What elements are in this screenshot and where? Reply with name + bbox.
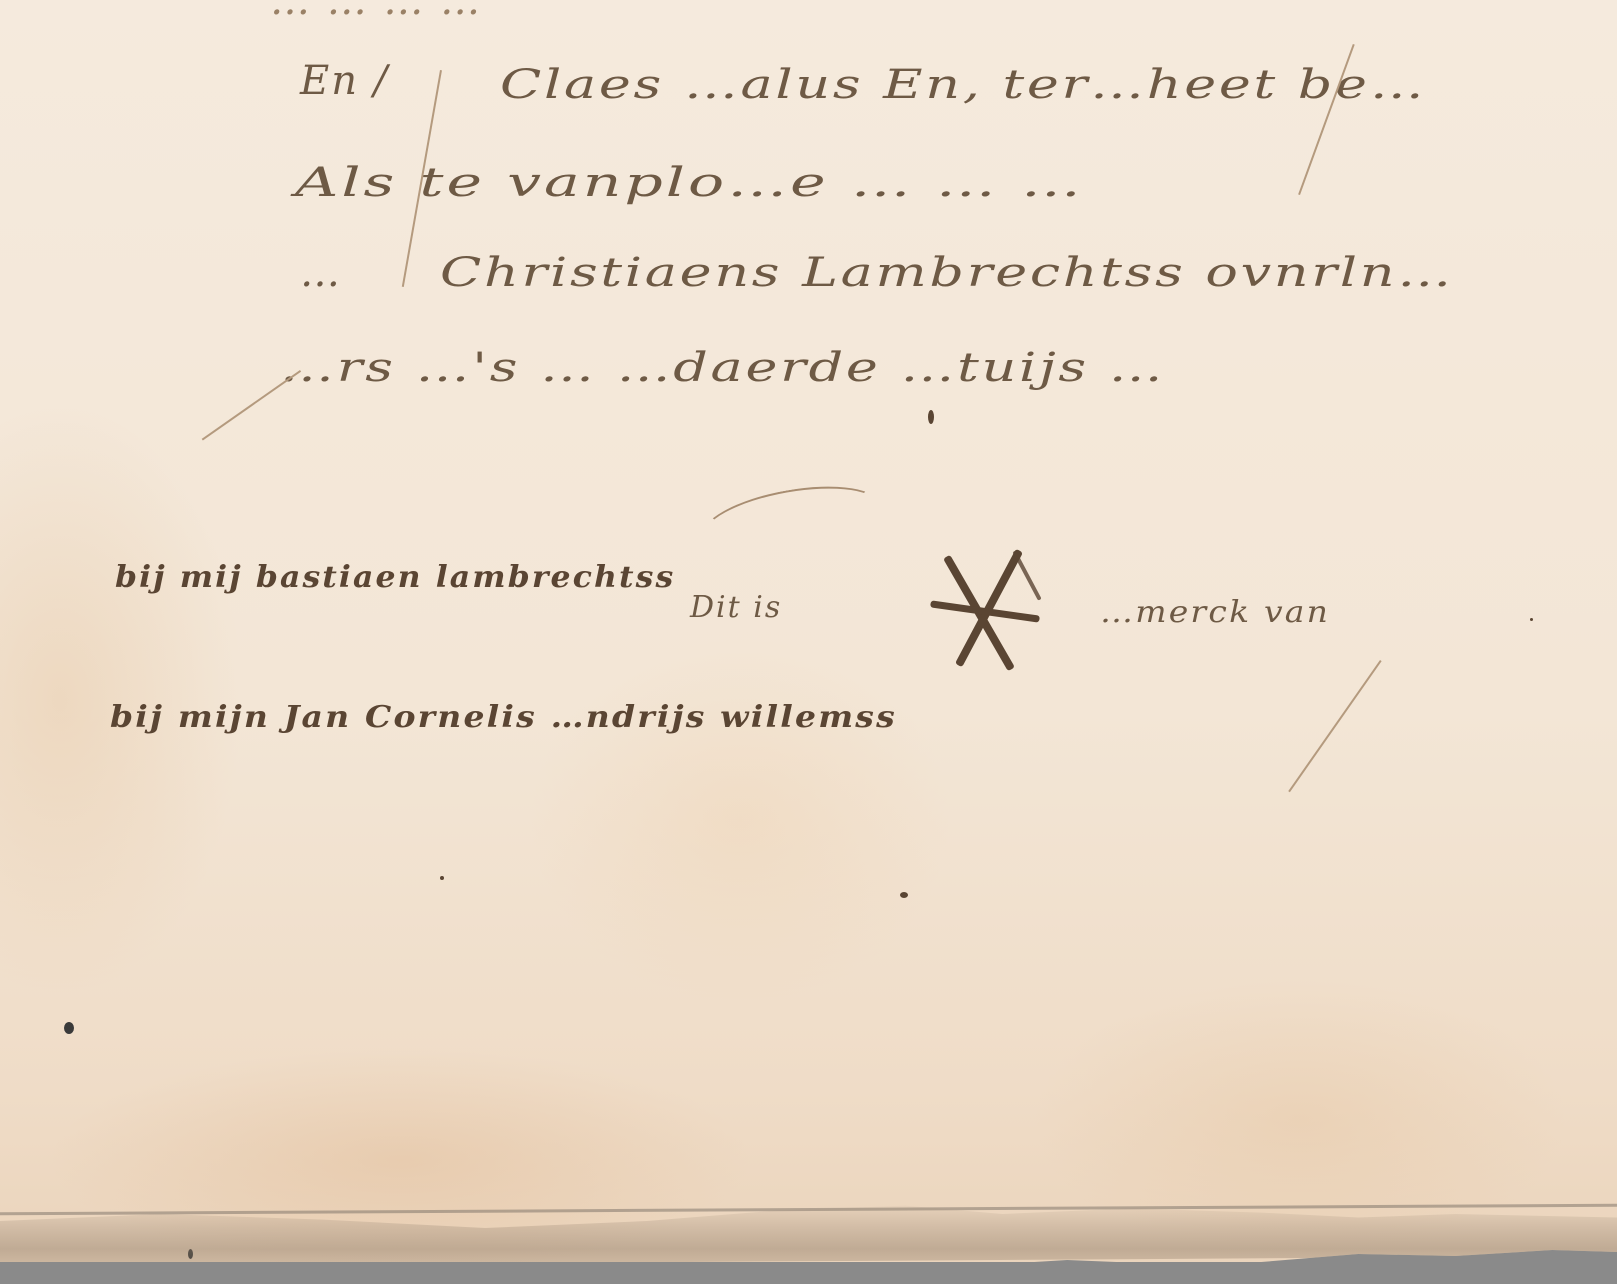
scan-background-strip — [0, 1262, 1617, 1284]
ink-speck — [64, 1022, 74, 1034]
flourish-stroke — [202, 370, 301, 440]
text-line-2: Als te vanplo…e … … … — [295, 160, 1084, 206]
text-line-1-left: En / — [300, 58, 389, 104]
text-line-4: …rs …'s … …daerde …tuijs … — [280, 345, 1165, 391]
signature-bastiaen-lambrechtss: bij mij bastiaen lambrechtss — [115, 560, 675, 595]
mark-suffix: …merck van — [1100, 595, 1330, 630]
signature-jan-cornelis: bij mijn Jan Cornelis …ndrijs willemss — [110, 700, 897, 735]
ink-speck — [440, 876, 444, 880]
signature-flourish — [696, 475, 888, 570]
text-line-1-right: Claes …alus En, ter…heet be… — [500, 62, 1426, 108]
text-line-3-left: … — [300, 250, 342, 296]
signature-tail — [1288, 660, 1381, 792]
signatory-cross-mark — [930, 548, 1050, 678]
ink-speck — [928, 410, 934, 424]
mark-prefix-dit-is: Dit is — [690, 590, 782, 625]
ink-speck — [900, 892, 908, 898]
text-line-3-right: Christiaens Lambrechtss ovnrln… — [440, 250, 1454, 296]
manuscript-page: … … … … En / Claes …alus En, ter…heet be… — [0, 0, 1617, 1284]
ink-speck — [1530, 618, 1533, 621]
text-line-cut-off: … … … … — [270, 0, 482, 24]
